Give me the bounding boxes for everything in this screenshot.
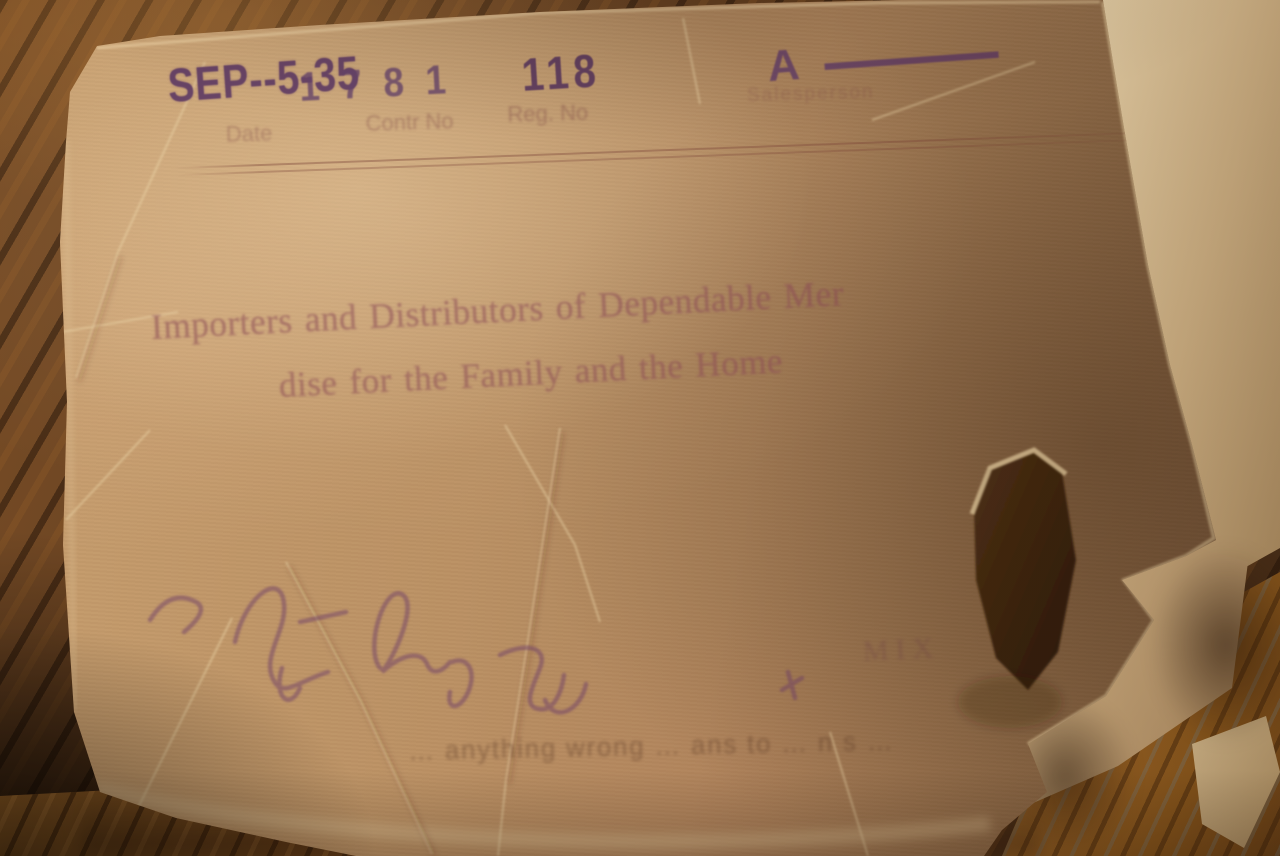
photo-of-receipt: SEP--5-35 1781 118 A — — Date Contr No R… [0,0,1280,856]
side-stamp-mix: MIX [862,632,941,669]
